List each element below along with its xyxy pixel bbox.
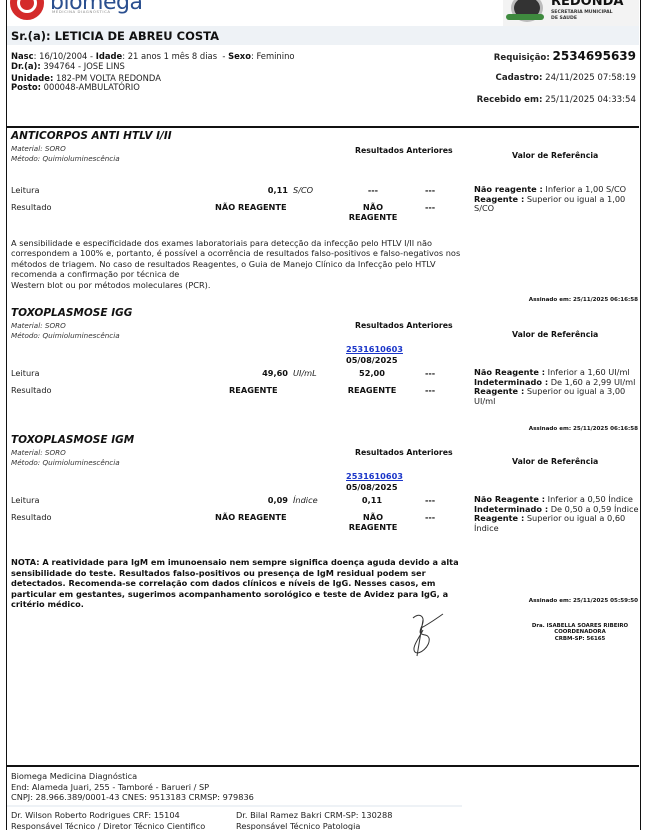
row-label: Resultado	[11, 385, 52, 395]
divider	[7, 126, 639, 128]
logo-subtitle: MEDICINA DIAGNÓSTICA	[52, 9, 111, 14]
exam-method: Método: Quimioluminescência	[11, 154, 120, 163]
exam-method: Método: Quimioluminescência	[11, 331, 120, 340]
partner-logo-name: REDONDA	[551, 0, 623, 9]
previous-value-2: ---	[425, 368, 435, 378]
signed-timestamp: Assinado em: 25/11/2025 06:16:58	[529, 297, 638, 303]
exam-title: ANTICORPOS ANTI HTLV I/II	[11, 130, 172, 142]
result-value: NÃO REAGENTE	[215, 202, 287, 212]
result-value: 0,09	[268, 495, 288, 505]
reference-values: Não reagente : Inferior a 1,00 S/CO Reag…	[474, 185, 639, 214]
reference-header: Valor de Referência	[512, 457, 598, 466]
patient-name: Sr.(a): LETICIA DE ABREU COSTA	[11, 29, 219, 43]
crest-ribbon-icon	[506, 14, 544, 20]
previous-value: REAGENTE	[342, 385, 402, 395]
patient-post: Posto: 000048-AMBULATÓRIO	[11, 82, 140, 92]
signed-timestamp: Assinado em: 25/11/2025 05:59:50	[529, 598, 638, 604]
report-page	[6, 0, 641, 830]
previous-value-2: ---	[425, 202, 435, 212]
biomega-logo-icon	[10, 0, 44, 20]
previous-date: 05/08/2025	[346, 355, 398, 365]
result-value: 49,60	[262, 368, 288, 378]
reference-values: Não Reagente : Inferior a 1,60 UI/ml Ind…	[474, 368, 639, 406]
previous-results-header: Resultados Anteriores	[355, 448, 453, 457]
patient-doctor: Dr.(a): 394764 - JOSE LINS	[11, 61, 125, 71]
footer-responsible-2: Dr. Bilal Ramez Bakri CRM-SP: 130288 Res…	[236, 810, 392, 830]
result-unit: S/CO	[293, 185, 313, 195]
signer-block: Dra. ISABELLA SOARES RIBEIRO COORDENADOR…	[520, 623, 640, 642]
registration-date: Cadastro: 24/11/2025 07:58:19	[496, 73, 636, 83]
reference-header: Valor de Referência	[512, 151, 598, 160]
exam-title: TOXOPLASMOSE IGG	[11, 307, 132, 319]
previous-value-2: ---	[425, 385, 435, 395]
row-label: Leitura	[11, 185, 40, 195]
exam-note: A sensibilidade e especificidade dos exa…	[11, 238, 471, 290]
patient-demographics: Nasc: 16/10/2004 - Idade: 21 anos 1 mês …	[11, 51, 295, 61]
divider	[7, 765, 639, 767]
requisition: Requisição: 2534695639	[494, 49, 636, 63]
partner-logo: REDONDA SECRETARIA MUNICIPALDE SAUDE	[503, 0, 639, 26]
previous-value: ---	[343, 185, 403, 195]
signed-timestamp: Assinado em: 25/11/2025 06:16:58	[529, 426, 638, 432]
result-unit: UI/mL	[293, 368, 317, 378]
previous-value-2: ---	[425, 185, 435, 195]
result-unit: Índice	[293, 495, 318, 505]
row-label: Resultado	[11, 512, 52, 522]
result-value: REAGENTE	[229, 385, 278, 395]
row-label: Leitura	[11, 368, 40, 378]
exam-material: Material: SORO	[11, 321, 66, 330]
previous-value: 52,00	[342, 368, 402, 378]
exam-material: Material: SORO	[11, 448, 66, 457]
exam-note: NOTA: A reatividade para IgM em imunoens…	[11, 557, 473, 610]
reference-values: Não Reagente : Inferior a 0,50 Índice In…	[474, 495, 639, 533]
patient-name-bar: Sr.(a): LETICIA DE ABREU COSTA	[7, 26, 639, 45]
previous-value: NÃO REAGENTE	[340, 202, 406, 222]
result-value: NÃO REAGENTE	[215, 512, 287, 522]
exam-material: Material: SORO	[11, 144, 66, 153]
result-value: 0,11	[268, 185, 288, 195]
footer-company: Biomega Medicina Diagnóstica End: Alamed…	[11, 771, 254, 803]
partner-logo-subtitle: SECRETARIA MUNICIPALDE SAUDE	[551, 10, 613, 22]
previous-value: NÃO REAGENTE	[340, 512, 406, 532]
previous-request-link[interactable]: 2531610603	[346, 471, 403, 481]
previous-date: 05/08/2025	[346, 482, 398, 492]
previous-value-2: ---	[425, 512, 435, 522]
exam-method: Método: Quimioluminescência	[11, 458, 120, 467]
received-date: Recebido em: 25/11/2025 04:33:54	[477, 95, 636, 105]
signature-icon	[405, 608, 445, 664]
biomega-logo: biomega MEDICINA DIAGNÓSTICA	[6, 0, 156, 24]
row-label: Leitura	[11, 495, 40, 505]
previous-results-header: Resultados Anteriores	[355, 321, 453, 330]
previous-results-header: Resultados Anteriores	[355, 146, 453, 155]
footer-responsible-1: Dr. Wilson Roberto Rodrigues CRF: 15104 …	[11, 810, 205, 830]
reference-header: Valor de Referência	[512, 330, 598, 339]
footer-divider	[7, 805, 462, 807]
previous-value: 0,11	[342, 495, 402, 505]
previous-value-2: ---	[425, 495, 435, 505]
previous-request-link[interactable]: 2531610603	[346, 344, 403, 354]
exam-title: TOXOPLASMOSE IGM	[11, 434, 134, 446]
row-label: Resultado	[11, 202, 52, 212]
